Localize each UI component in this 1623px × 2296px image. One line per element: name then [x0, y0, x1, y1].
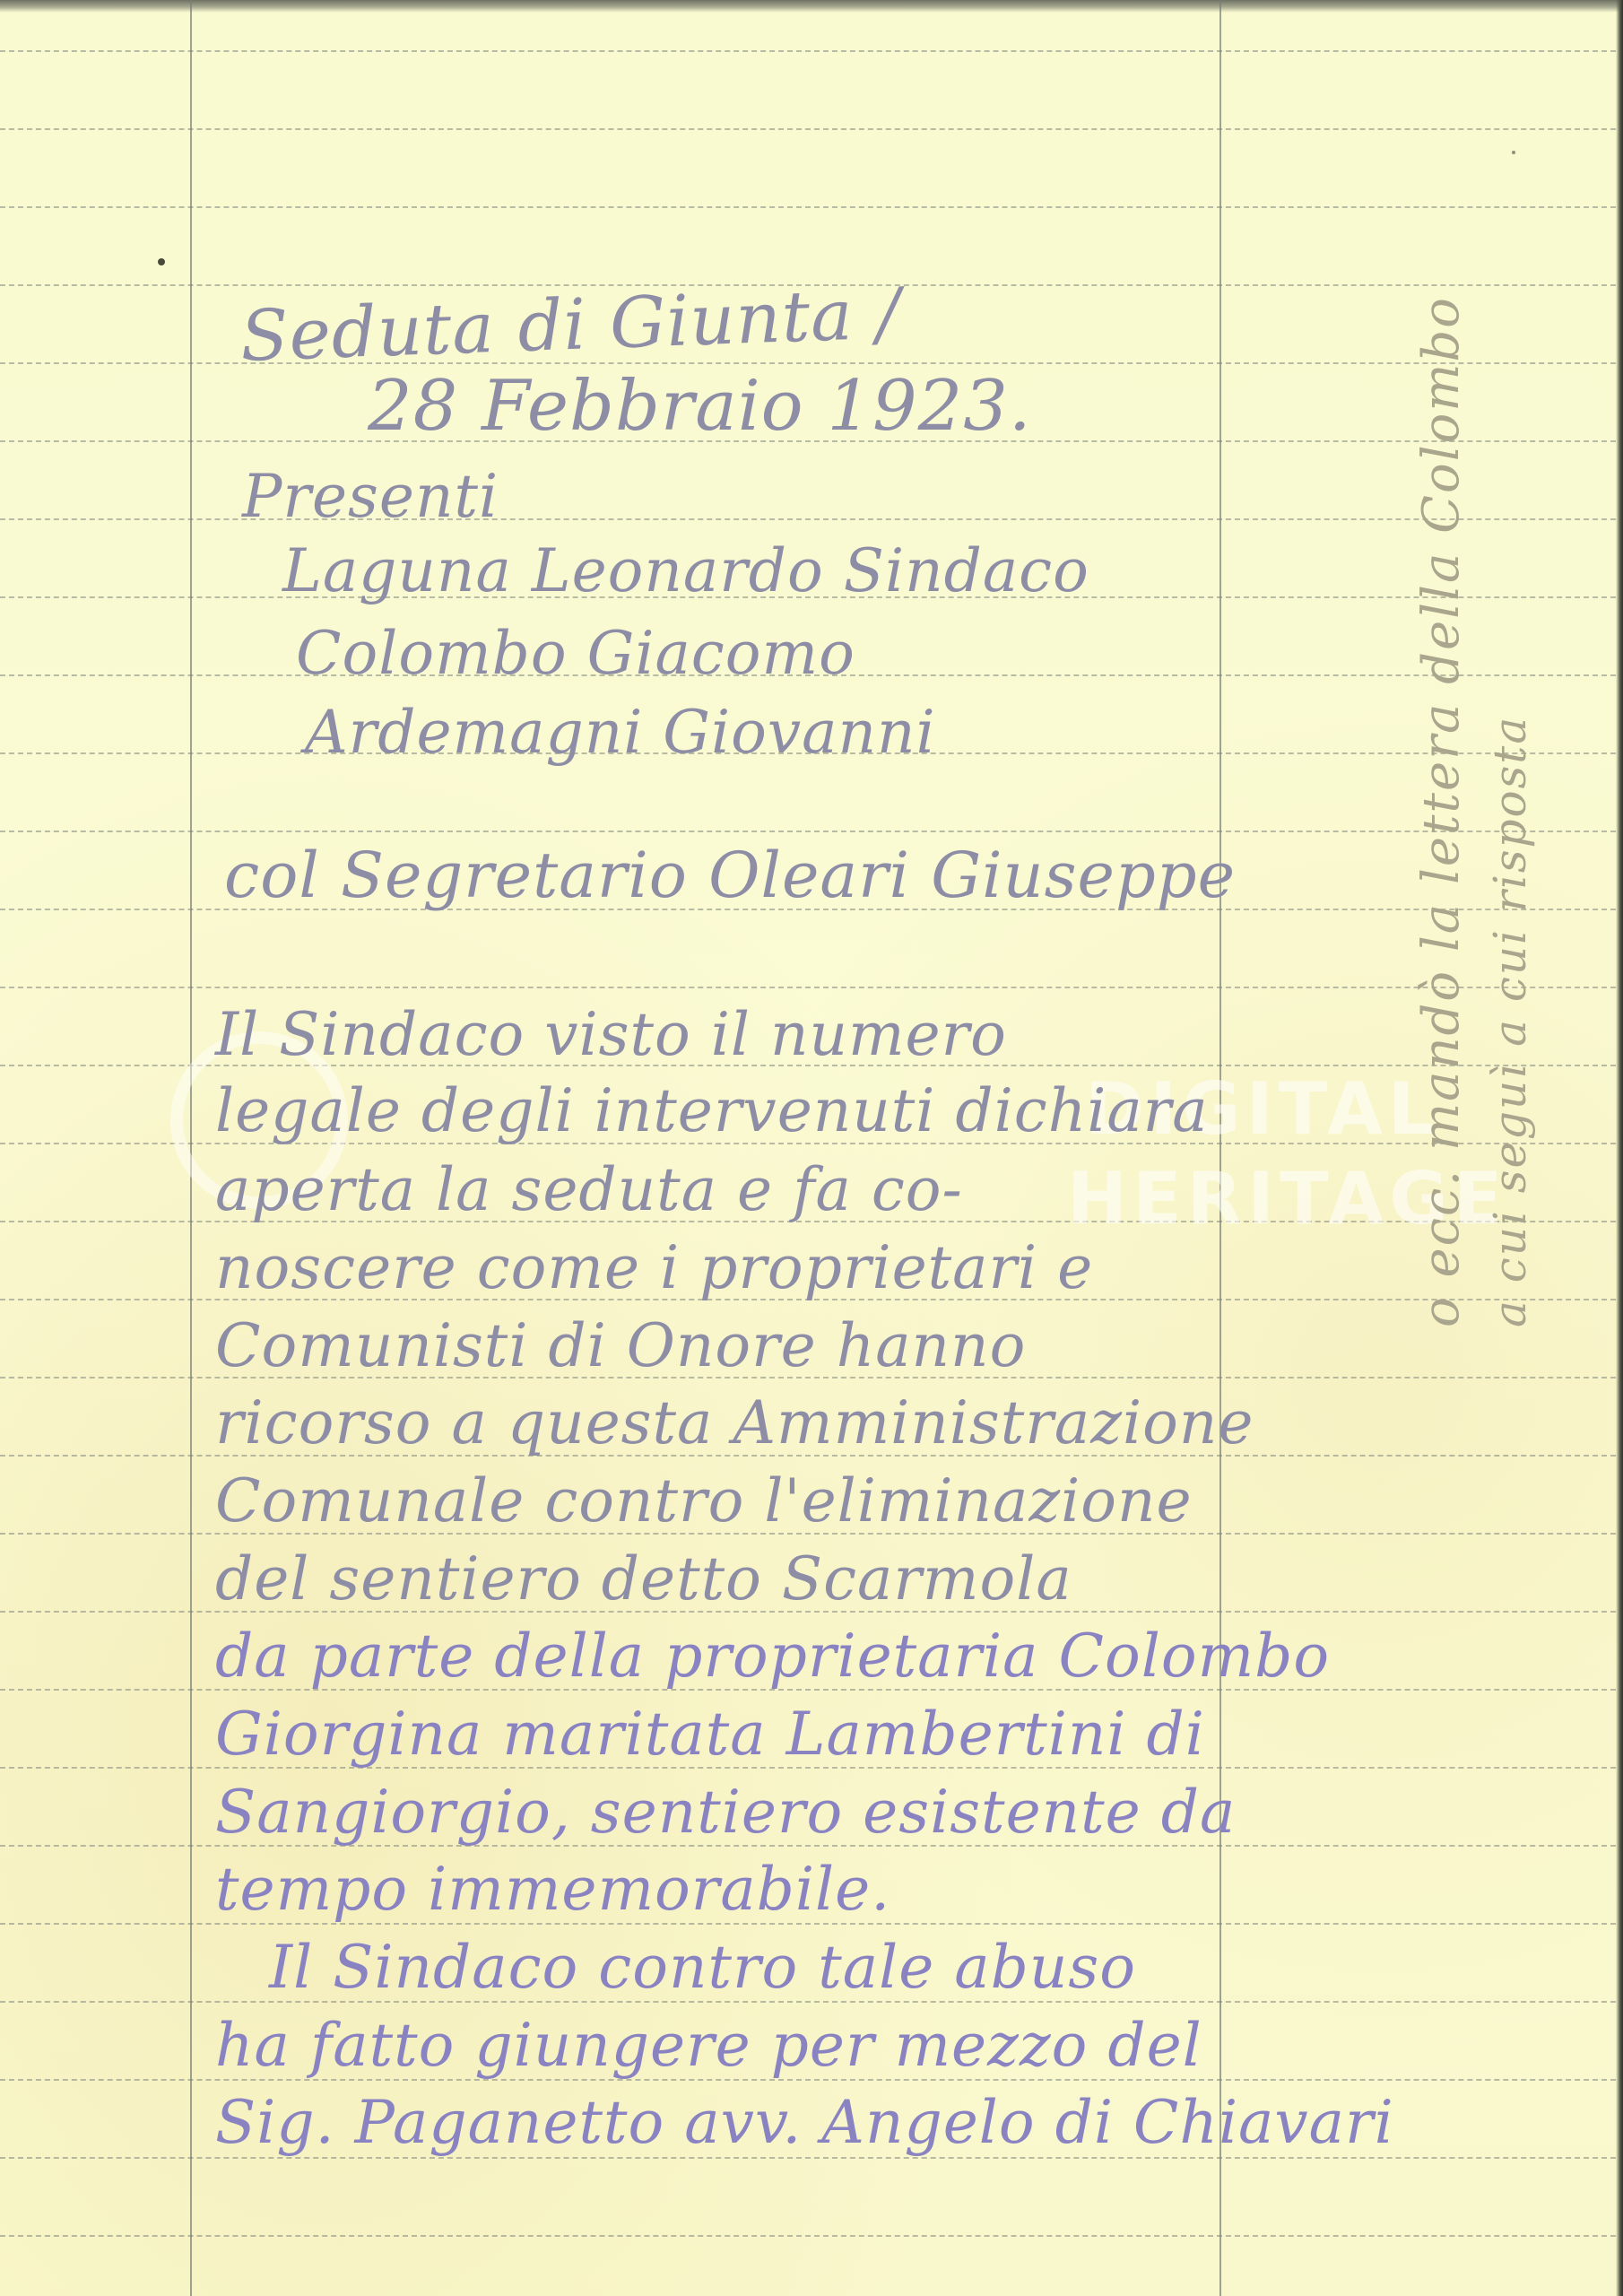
body-line-1: Il Sindaco visto il numero — [215, 1000, 1007, 1069]
body-line-2: legale degli intervenuti dichiara — [215, 1076, 1209, 1145]
minutes-date: 28 Febbraio 1923. — [368, 366, 1032, 447]
scan-top-edge — [0, 0, 1623, 13]
body-line-11: Sangiorgio, sentiero esistente da — [215, 1778, 1236, 1847]
body-line-12: tempo immemorabile. — [215, 1855, 890, 1924]
attendee-1: Laguna Leonardo Sindaco — [282, 536, 1089, 605]
body-line-10: Giorgina maritata Lambertini di — [215, 1700, 1205, 1769]
body-line-9: da parte della proprietaria Colombo — [215, 1622, 1330, 1691]
ruled-line — [0, 987, 1616, 988]
ruled-line — [0, 128, 1616, 130]
body-line-14: ha fatto giungere per mezzo del — [215, 2011, 1202, 2080]
body-line-3: aperta la seduta e fa co- — [215, 1155, 963, 1224]
body-line-15: Sig. Paganetto avv. Angelo di Chiavari — [215, 2088, 1394, 2157]
margin-note-line-1: o ecc. mandò la lettera della Colombo — [1412, 296, 1471, 1327]
scan-right-edge — [1616, 0, 1623, 2296]
ledger-page: DIGITAL HERITAGE Seduta di Giunta / 28 F… — [0, 0, 1623, 2296]
attendee-3: Ardemagni Giovanni — [305, 698, 936, 767]
ink-speck — [1512, 151, 1515, 154]
body-line-8: del sentiero detto Scarmola — [215, 1544, 1072, 1613]
ruled-line — [0, 206, 1616, 208]
ruled-line — [0, 2235, 1616, 2237]
body-line-5: Comunisti di Onore hanno — [215, 1311, 1026, 1380]
margin-note-line-2: a cui seguì a cui risposta — [1484, 716, 1536, 1327]
body-line-4: noscere come i proprietari e — [215, 1233, 1093, 1302]
body-line-13: Il Sindaco contro tale abuso — [269, 1933, 1136, 2002]
ruled-line — [0, 2157, 1616, 2159]
body-line-6: ricorso a questa Amministrazione — [215, 1388, 1254, 1457]
ink-speck — [158, 258, 165, 265]
ruled-line — [0, 50, 1616, 52]
attendee-2: Colombo Giacomo — [296, 619, 855, 688]
body-line-7: Comunale contro l'eliminazione — [215, 1466, 1193, 1535]
secretary-line: col Segretario Oleari Giuseppe — [224, 839, 1236, 912]
attendance-label: Presenti — [242, 462, 499, 531]
ruled-line — [0, 831, 1616, 832]
